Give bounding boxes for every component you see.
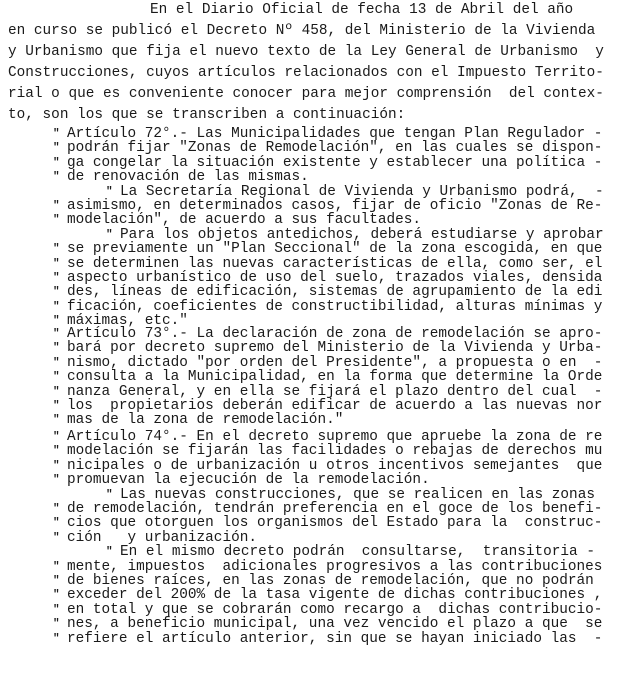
quote-mark: " (53, 631, 60, 647)
intro-line: y Urbanismo que fija el nuevo texto de l… (8, 44, 604, 60)
intro-line: rial o que es conveniente conocer para m… (8, 86, 604, 102)
article-line: refiere el artículo anterior, sin que se… (67, 631, 602, 647)
intro-line: en curso se publicó el Decreto Nº 458, d… (8, 23, 595, 39)
quote-mark: " (53, 169, 60, 185)
typewritten-page: En el Diario Oficial de fecha 13 de Abri… (0, 0, 630, 682)
intro-line: En el Diario Oficial de fecha 13 de Abri… (150, 2, 573, 18)
quote-mark: " (53, 530, 60, 546)
article-line: mas de la zona de remodelación." (67, 412, 343, 428)
quote-mark: " (53, 472, 60, 488)
quote-mark: " (53, 412, 60, 428)
quote-mark: " (53, 212, 60, 228)
intro-line: Construcciones, cuyos artículos relacion… (8, 65, 604, 81)
intro-line: to, son los que se transcriben a continu… (8, 107, 405, 123)
